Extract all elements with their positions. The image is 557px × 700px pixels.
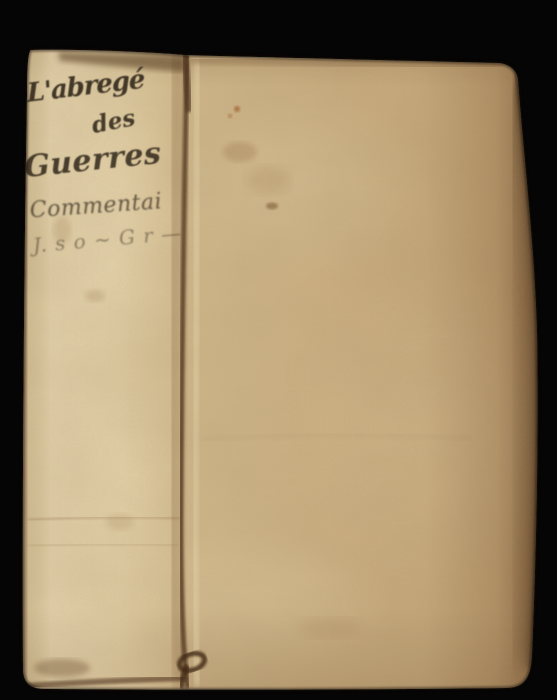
book-photo: L'abregé des Guerres Commentai J. s o ~ … <box>0 0 557 700</box>
vellum-grain-texture <box>10 40 550 700</box>
book: L'abregé des Guerres Commentai J. s o ~ … <box>0 40 557 700</box>
photo-canvas: L'abregé des Guerres Commentai J. s o ~ … <box>0 0 557 700</box>
